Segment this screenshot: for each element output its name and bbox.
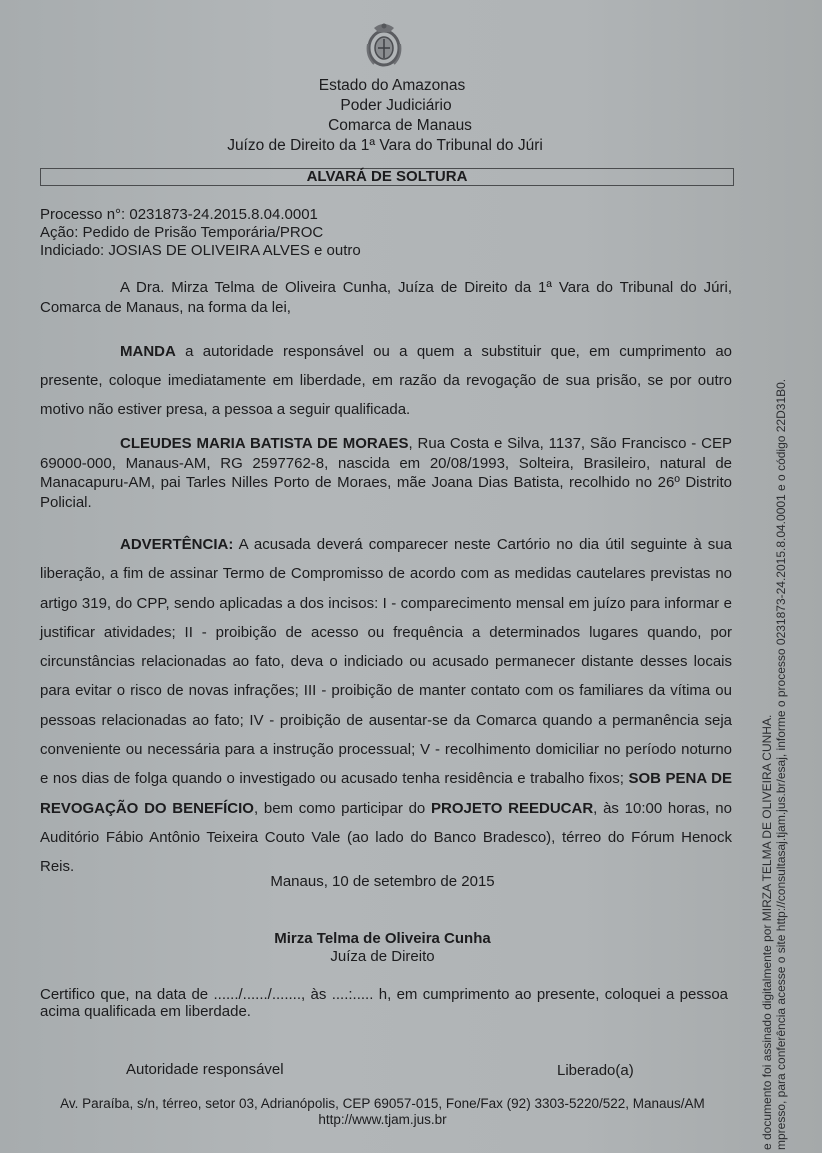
order-keyword: MANDA — [120, 343, 176, 360]
document-page: Estado do Amazonas Poder Judiciário Coma… — [0, 0, 822, 1153]
case-info: Processo n°: 0231873-24.2015.8.04.0001 A… — [40, 206, 361, 260]
header-state: Estado do Amazonas — [14, 76, 770, 96]
person-name: CLEUDES MARIA BATISTA DE MORAES — [120, 435, 409, 452]
header-court: Juízo de Direito da 1ª Vara do Tribunal … — [0, 136, 770, 156]
footer-address: Av. Paraíba, s/n, térreo, setor 03, Adri… — [0, 1096, 765, 1112]
release-certificate: Certifico que, na data de ....../....../… — [40, 986, 728, 1020]
case-number: Processo n°: 0231873-24.2015.8.04.0001 — [40, 206, 361, 224]
order-paragraph: MANDA a autoridade responsável ou a quem… — [40, 337, 732, 424]
case-action: Ação: Pedido de Prisão Temporária/PROC — [40, 224, 361, 242]
person-paragraph: CLEUDES MARIA BATISTA DE MORAES, Rua Cos… — [40, 434, 732, 512]
judge-signature: Mirza Telma de Oliveira Cunha Juíza de D… — [0, 930, 765, 966]
authority-signature-label: Autoridade responsável — [126, 1061, 284, 1078]
digital-signature-note: e documento foi assinado digitalmente po… — [760, 379, 788, 1150]
case-defendant: Indiciado: JOSIAS DE OLIVEIRA ALVES e ou… — [40, 242, 361, 260]
judge-name: Mirza Telma de Oliveira Cunha — [0, 930, 765, 948]
court-header: Estado do Amazonas Poder Judiciário Coma… — [0, 76, 770, 156]
header-judiciary: Poder Judiciário — [22, 96, 770, 116]
document-date: Manaus, 10 de setembro de 2015 — [0, 873, 765, 890]
footer: Av. Paraíba, s/n, térreo, setor 03, Adri… — [0, 1096, 765, 1128]
warning-keyword: ADVERTÊNCIA: — [120, 536, 233, 553]
judge-role: Juíza de Direito — [0, 948, 765, 966]
released-signature-label: Liberado(a) — [557, 1062, 634, 1079]
document-title: ALVARÁ DE SOLTURA — [40, 168, 734, 186]
warning-paragraph: ADVERTÊNCIA: A acusada deverá comparecer… — [40, 530, 732, 882]
coat-of-arms-icon — [362, 18, 406, 70]
header-district: Comarca de Manaus — [30, 116, 770, 136]
footer-url: http://www.tjam.jus.br — [0, 1112, 765, 1128]
intro-paragraph: A Dra. Mirza Telma de Oliveira Cunha, Ju… — [40, 278, 732, 318]
